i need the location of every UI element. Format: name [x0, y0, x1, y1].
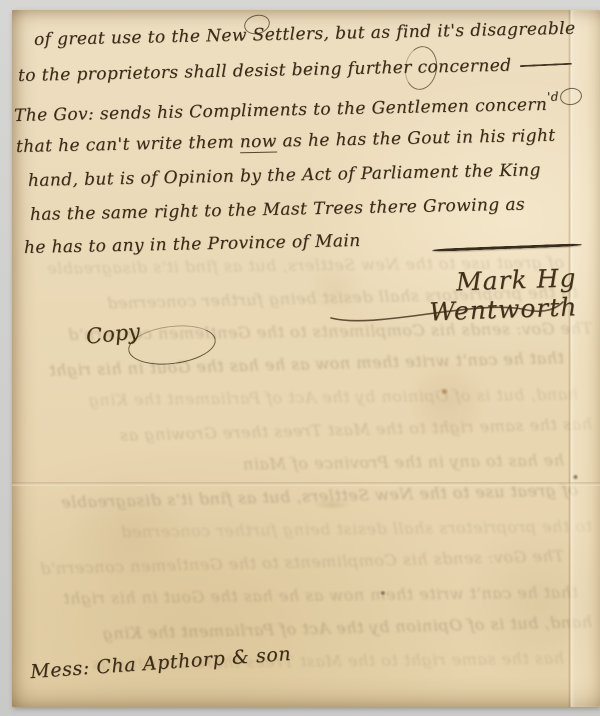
folded-edge-strip [571, 10, 600, 707]
paper-sheet: of great use to the New Settlers, but as… [12, 10, 600, 707]
bleed-through-line: that he can't write them now as he has t… [16, 348, 564, 380]
bleed-through-line: has the same right to the Mast Trees the… [44, 414, 592, 446]
bleed-through-line: hand, but is of Opinion by the Act of Pa… [44, 612, 592, 644]
bleed-through-line: to the proprietors shall desist being fu… [44, 517, 592, 543]
bleed-through-line: The Gov: sends his Compliments to the Ge… [16, 546, 564, 578]
letter-line-4-underlined-word: now [240, 132, 277, 154]
bleed-through-line: hand, but is of Opinion by the Act of Pa… [30, 385, 578, 411]
ink-dash [519, 63, 571, 67]
bleed-through-line: he has to any in the Province of Main [16, 451, 564, 477]
letter-line-3-superscript: 'd [547, 90, 559, 104]
bleed-through-line: that he can't write them now as he has t… [30, 583, 578, 609]
horizontal-fold-crease [12, 482, 600, 486]
scanned-letter-page: of great use to the New Settlers, but as… [0, 0, 600, 716]
signature-swash [327, 296, 567, 330]
